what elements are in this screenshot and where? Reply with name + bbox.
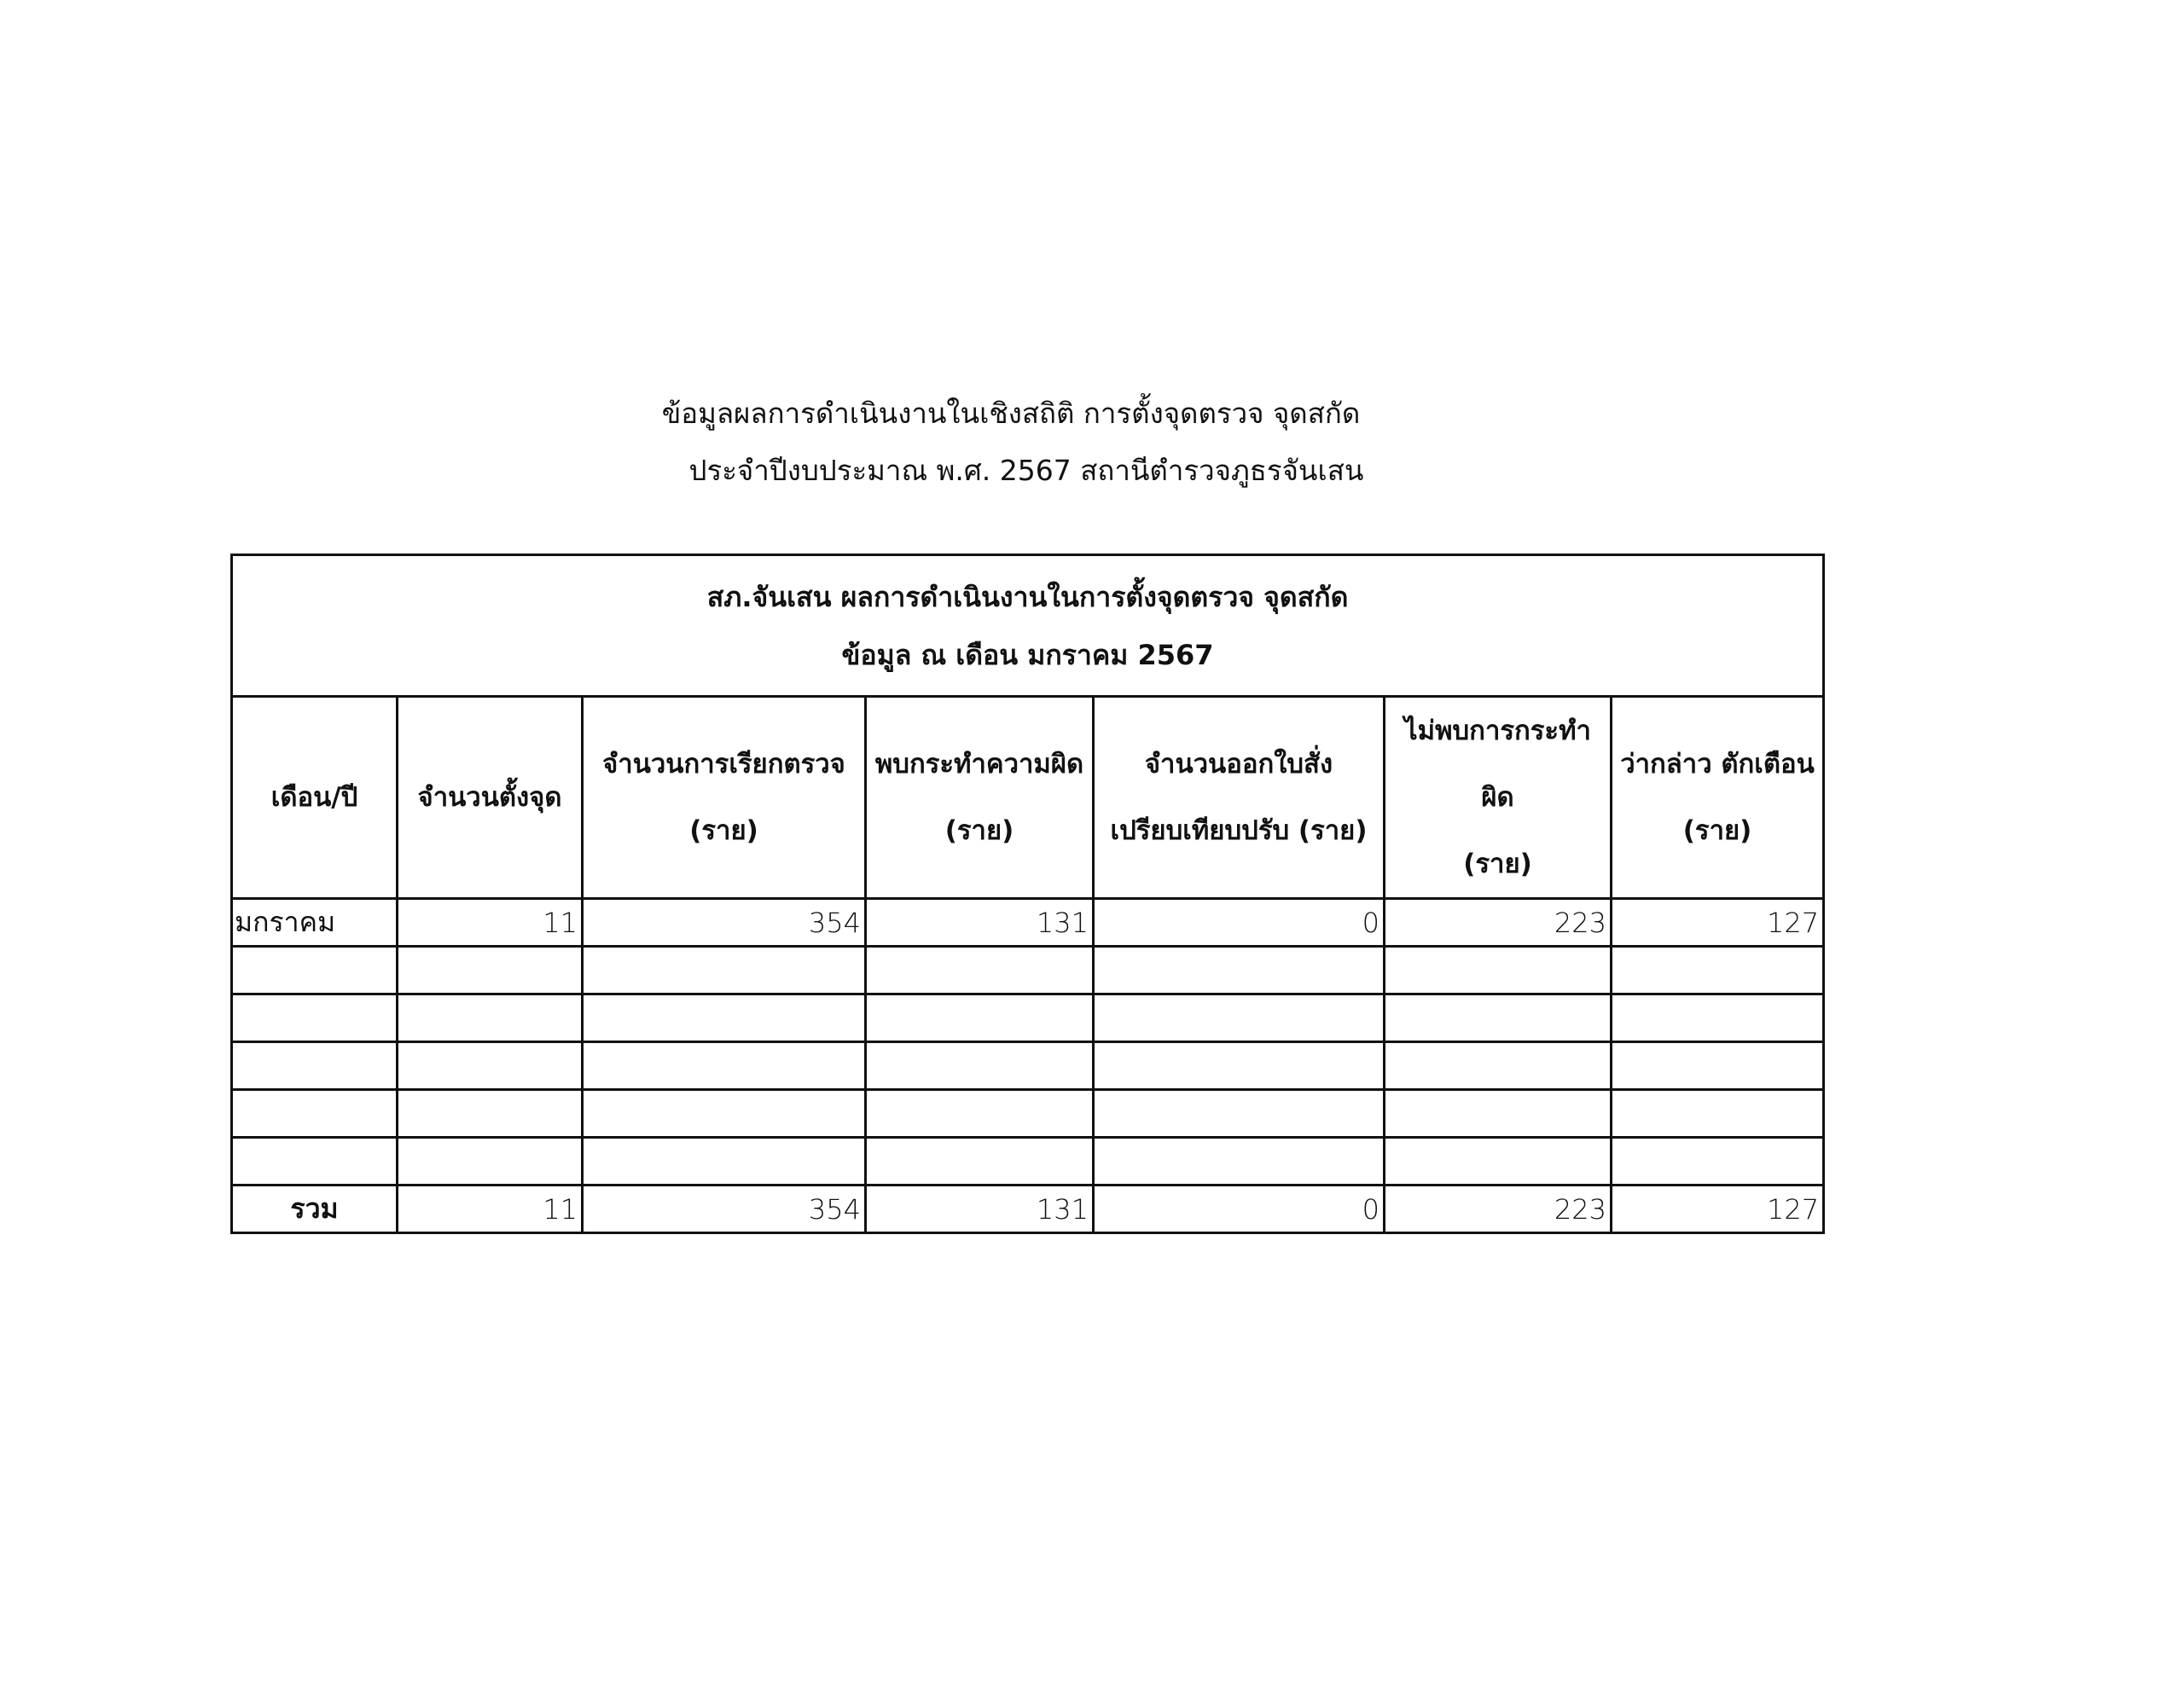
value-cell: 131 [866,899,1094,947]
header-offenses-found: พบกระทำความผิด(ราย) [866,697,1094,899]
header-no-offense: ไม่พบการกระทำผิด(ราย) [1385,697,1612,899]
total-cell: 11 [398,1186,583,1233]
month-cell [232,994,398,1042]
value-cell [1094,1138,1385,1186]
table-row [232,994,1824,1042]
value-cell [1385,1042,1612,1090]
value-cell [1612,1138,1824,1186]
value-cell: 354 [583,899,866,947]
total-cell: 131 [866,1186,1094,1233]
total-cell: 354 [583,1186,866,1233]
value-cell: 11 [398,899,583,947]
table-caption: สภ.จันเสน ผลการดำเนินงานในการตั้งจุดตรวจ… [232,555,1824,697]
table-row [232,1042,1824,1090]
value-cell [866,1042,1094,1090]
checkpoint-results-table: สภ.จันเสน ผลการดำเนินงานในการตั้งจุดตรวจ… [230,554,1825,1234]
month-cell [232,947,398,994]
header-tickets-issued: จำนวนออกใบสั่งเปรียบเทียบปรับ (ราย) [1094,697,1385,899]
value-cell [583,1138,866,1186]
table-caption-line2: ข้อมูล ณ เดือน มกราคม 2567 [238,626,1817,684]
value-cell: 223 [1385,899,1612,947]
value-cell [398,1042,583,1090]
value-cell [583,994,866,1042]
value-cell [583,947,866,994]
value-cell [398,1090,583,1138]
total-cell: 223 [1385,1186,1612,1233]
header-checkpoints: จำนวนตั้งจุด [398,697,583,899]
total-cell: 127 [1612,1186,1824,1233]
header-warnings: ว่ากล่าว ตักเตือน(ราย) [1612,697,1824,899]
value-cell [1385,1138,1612,1186]
table-row: มกราคม113541310223127 [232,899,1824,947]
value-cell [1385,947,1612,994]
value-cell [583,1042,866,1090]
header-row: เดือน/ปี จำนวนตั้งจุด จำนวนการเรียกตรวจ(… [232,697,1824,899]
header-month: เดือน/ปี [232,697,398,899]
value-cell [866,994,1094,1042]
table-row [232,1090,1824,1138]
value-cell [1094,1090,1385,1138]
header-inspections: จำนวนการเรียกตรวจ(ราย) [583,697,866,899]
table-row [232,947,1824,994]
value-cell: 0 [1094,899,1385,947]
total-row: รวม 11 354 131 0 223 127 [232,1186,1824,1233]
value-cell [398,1138,583,1186]
value-cell [583,1090,866,1138]
month-cell [232,1138,398,1186]
value-cell [866,1138,1094,1186]
value-cell [1612,1042,1824,1090]
month-cell [232,1090,398,1138]
document-title: ข้อมูลผลการดำเนินงานในเชิงสถิติ การตั้งจ… [0,391,2022,436]
table-row [232,1138,1824,1186]
total-label: รวม [232,1186,398,1233]
value-cell [1094,947,1385,994]
value-cell [866,1090,1094,1138]
document-subtitle: ประจำปีงบประมาณ พ.ศ. 2567 สถานีตำรวจภูธร… [15,448,2037,493]
value-cell [1094,994,1385,1042]
value-cell [398,994,583,1042]
value-cell [398,947,583,994]
total-cell: 0 [1094,1186,1385,1233]
value-cell [1385,994,1612,1042]
value-cell [1094,1042,1385,1090]
value-cell [1612,1090,1824,1138]
value-cell: 127 [1612,899,1824,947]
value-cell [1612,994,1824,1042]
month-cell [232,1042,398,1090]
month-cell: มกราคม [232,899,398,947]
table-caption-line1: สภ.จันเสน ผลการดำเนินงานในการตั้งจุดตรวจ… [238,568,1817,626]
value-cell [1385,1090,1612,1138]
value-cell [866,947,1094,994]
value-cell [1612,947,1824,994]
